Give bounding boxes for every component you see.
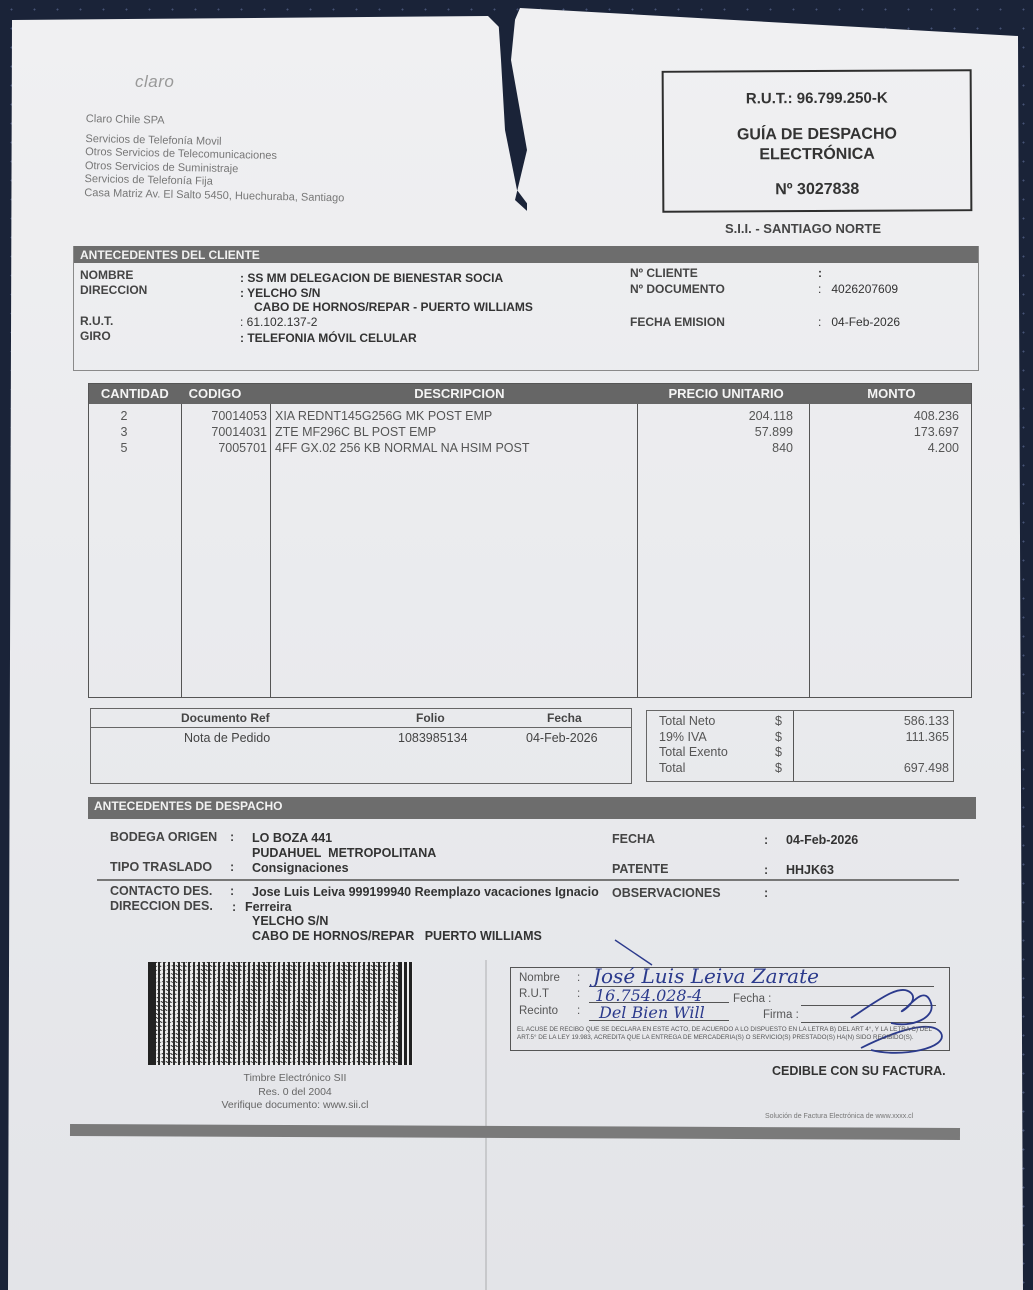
dispatch-fecha: 04-Feb-2026 <box>786 833 858 847</box>
footer-solution-text: Solución de Factura Electrónica de www.x… <box>765 1113 913 1120</box>
reference-box: Documento Ref Folio Fecha Nota de Pedido… <box>90 708 632 784</box>
total-label: Total Neto <box>659 714 715 728</box>
dispatch-bodega-2: PUDAHUEL METROPOLITANA <box>252 846 436 860</box>
item-monto: 408.236 <box>809 408 959 424</box>
label-rut: R.U.T. <box>80 314 113 328</box>
dispatch-divider <box>97 879 959 881</box>
label-receipt-recinto: Recinto <box>519 1005 558 1017</box>
dispatch-direccion-1: YELCHO S/N <box>252 914 328 928</box>
issuer-rut: R.U.T.: 96.799.250-K <box>664 89 970 108</box>
currency-symbol: $ <box>775 714 782 728</box>
client-rut: 61.102.137-2 <box>247 315 318 329</box>
label-nombre: NOMBRE <box>80 268 133 282</box>
receipt-legal-text: EL ACUSE DE RECIBO QUE SE DECLARA EN EST… <box>517 1026 937 1041</box>
item-precio: 204.118 <box>637 408 793 424</box>
totals-box: Total Neto$586.13319% IVA$111.365Total E… <box>646 710 954 782</box>
items-table: CANTIDAD CODIGO DESCRIPCION PRECIO UNITA… <box>88 383 972 698</box>
currency-symbol: $ <box>775 761 782 775</box>
header-monto: MONTO <box>812 384 971 404</box>
item-cantidad: 2 <box>89 408 159 424</box>
item-precio: 57.899 <box>637 424 793 440</box>
ref-header-fecha: Fecha <box>547 711 582 725</box>
items-header: CANTIDAD CODIGO DESCRIPCION PRECIO UNITA… <box>89 384 971 404</box>
client-nombre: SS MM DELEGACION DE BIENESTAR SOCIA <box>247 271 503 285</box>
label-receipt-firma: Firma : <box>763 1009 799 1021</box>
label-fecha-emision: FECHA EMISION <box>630 315 725 329</box>
item-precio: 840 <box>637 440 793 456</box>
ref-folio: 1083985134 <box>398 731 468 745</box>
client-direccion-1: YELCHO S/N <box>247 286 320 300</box>
signature-mark <box>831 978 951 1058</box>
header-precio: PRECIO UNITARIO <box>641 384 812 404</box>
total-value: 111.365 <box>906 730 949 744</box>
sii-office: S.I.I. - SANTIAGO NORTE <box>725 221 881 236</box>
item-cantidad: 3 <box>89 424 159 440</box>
issuer-info: Claro Chile SPA Servicios de Telefonía M… <box>84 113 346 205</box>
total-label: 19% IVA <box>659 730 707 744</box>
total-label: Total <box>659 761 685 775</box>
item-descripcion: 4FF GX.02 256 KB NORMAL NA HSIM POST <box>275 440 529 456</box>
sii-stamp-text: Timbre Electrónico SII Res. 0 del 2004 V… <box>200 1072 390 1113</box>
item-descripcion: ZTE MF296C BL POST EMP <box>275 424 436 440</box>
client-n-documento: 4026207609 <box>831 282 898 296</box>
item-monto: 4.200 <box>809 440 959 456</box>
header-cantidad: CANTIDAD <box>89 384 181 404</box>
item-codigo: 70014031 <box>181 424 267 440</box>
item-descripcion: XIA REDNT145G256G MK POST EMP <box>275 408 492 424</box>
receipt-recinto-handwritten: Del Bien Will <box>599 1003 705 1022</box>
client-section-title: ANTECEDENTES DEL CLIENTE <box>74 246 978 263</box>
dispatch-direccion-0: Ferreira <box>245 900 292 914</box>
claro-logo: claro <box>135 72 174 92</box>
document-title: GUÍA DE DESPACHO ELECTRÓNICA <box>664 124 970 166</box>
ref-header-folio: Folio <box>416 711 445 725</box>
document-id-box: R.U.T.: 96.799.250-K GUÍA DE DESPACHO EL… <box>662 69 973 213</box>
cedible-notice: CEDIBLE CON SU FACTURA. <box>772 1064 946 1078</box>
total-value: 586.133 <box>904 714 949 728</box>
dispatch-tipo: Consignaciones <box>252 861 349 875</box>
dispatch-contacto: Jose Luis Leiva 999199940 Reemplazo vaca… <box>252 885 599 899</box>
document-number: Nº 3027838 <box>664 180 970 200</box>
label-contacto: CONTACTO DES. <box>110 884 212 898</box>
ref-fecha: 04-Feb-2026 <box>526 731 598 745</box>
label-receipt-nombre: Nombre <box>519 972 560 984</box>
label-observaciones: OBSERVACIONES <box>612 886 721 900</box>
pen-mark <box>610 935 660 970</box>
client-fecha-emision: 04-Feb-2026 <box>831 315 900 329</box>
label-n-cliente: Nº CLIENTE <box>630 266 698 280</box>
header-descripcion: DESCRIPCION <box>278 384 640 404</box>
label-tipo-traslado: TIPO TRASLADO <box>110 860 212 874</box>
label-n-documento: Nº DOCUMENTO <box>630 282 725 296</box>
label-receipt-rut: R.U.T <box>519 988 549 1000</box>
dispatch-direccion-2: CABO DE HORNOS/REPAR PUERTO WILLIAMS <box>252 929 542 943</box>
total-value: 697.498 <box>904 761 949 775</box>
client-section: ANTECEDENTES DEL CLIENTE NOMBRE DIRECCIO… <box>73 246 979 371</box>
total-label: Total Exento <box>659 745 728 759</box>
dispatch-patente: HHJK63 <box>786 863 834 877</box>
label-giro: GIRO <box>80 329 111 343</box>
receipt-acknowledgement-box: Nombre R.U.T Recinto : : : Fecha : Firma… <box>510 967 950 1051</box>
label-receipt-fecha: Fecha : <box>733 993 771 1005</box>
dispatch-section-title: ANTECEDENTES DE DESPACHO <box>88 797 976 819</box>
label-direccion-des: DIRECCION DES. <box>110 899 213 913</box>
client-giro: TELEFONIA MÓVIL CELULAR <box>247 331 416 345</box>
currency-symbol: $ <box>775 745 782 759</box>
client-direccion-2: CABO DE HORNOS/REPAR - PUERTO WILLIAMS <box>254 300 533 314</box>
item-cantidad: 5 <box>89 440 159 456</box>
currency-symbol: $ <box>775 730 782 744</box>
label-patente: PATENTE <box>612 862 668 876</box>
item-codigo: 70014053 <box>181 408 267 424</box>
dispatch-bodega-1: LO BOZA 441 <box>252 831 332 845</box>
header-codigo: CODIGO <box>181 384 279 404</box>
label-direccion: DIRECCION <box>80 283 147 297</box>
item-monto: 173.697 <box>809 424 959 440</box>
ref-header-documento: Documento Ref <box>181 711 270 725</box>
ref-documento: Nota de Pedido <box>184 731 270 745</box>
label-bodega: BODEGA ORIGEN <box>110 830 217 844</box>
sii-pdf417-barcode <box>148 962 413 1065</box>
label-fecha: FECHA <box>612 832 655 846</box>
item-codigo: 7005701 <box>181 440 267 456</box>
